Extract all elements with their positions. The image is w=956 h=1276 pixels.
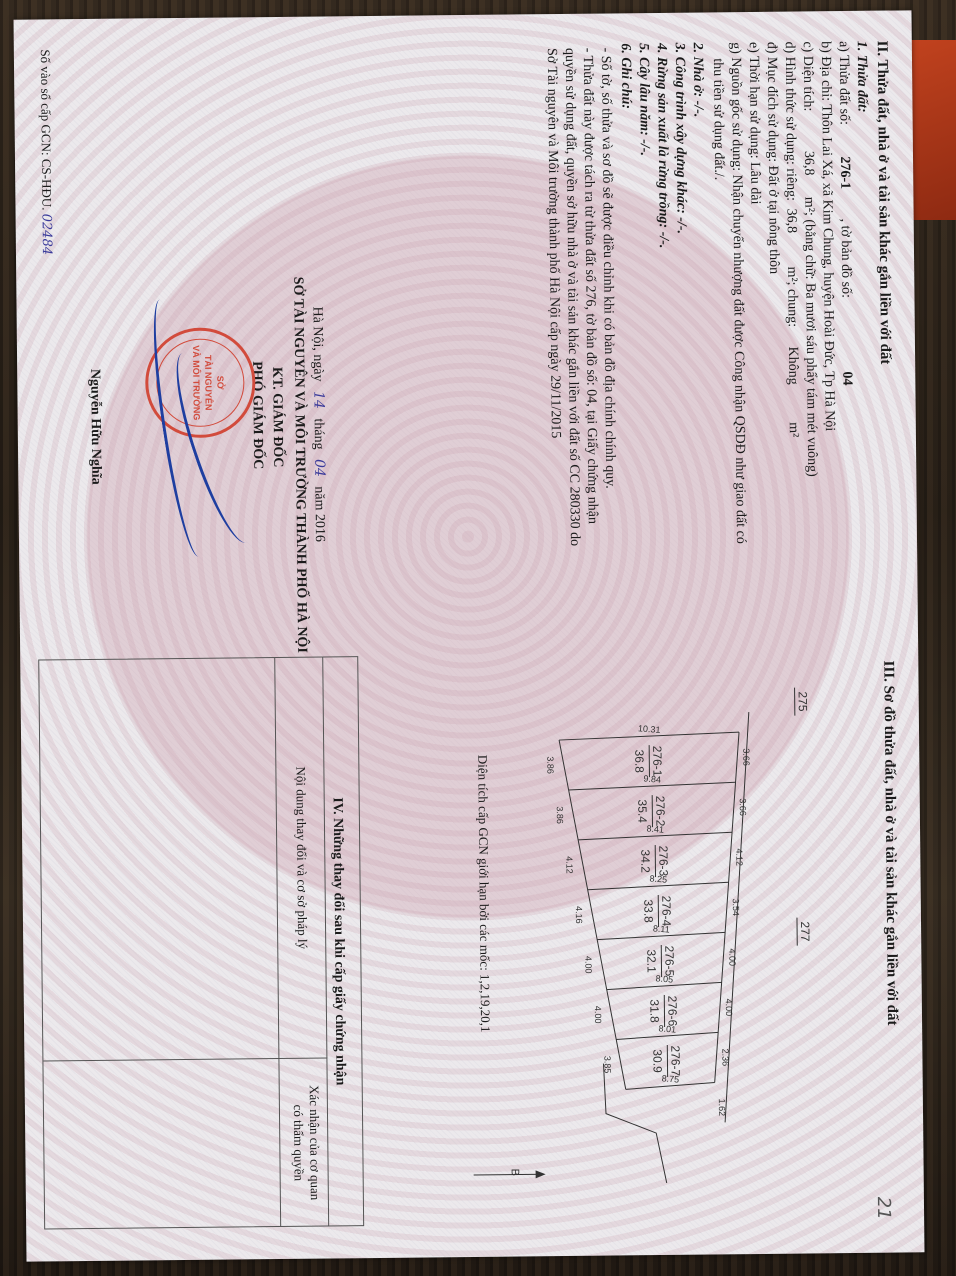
svg-text:9.84: 9.84 [643,773,661,784]
svg-text:4.12: 4.12 [564,856,574,874]
col-authority-line2: có thẩm quyền [289,1058,307,1228]
parcel-number-label: a) Thửa đất số: [836,41,852,125]
svg-text:1.62: 1.62 [717,1099,727,1117]
col-authority-confirmation: Xác nhận của cơ quan có thẩm quyền [289,1058,323,1228]
svg-text:8.01: 8.01 [658,1023,676,1034]
planted-forest-heading: 4. Rừng sản xuất là rừng trồng: -/-. [652,43,672,249]
svg-text:30.9: 30.9 [650,1049,664,1073]
issue-year: năm 2016 [311,486,327,542]
svg-text:3.86: 3.86 [555,806,565,824]
svg-text:4.00: 4.00 [727,948,737,966]
house-heading: 2. Nhà ở: -/-. [688,42,707,117]
certificate-page-2: II. Thửa đất, nhà ở và tài sản khác gắn … [14,10,918,639]
month-label: tháng [311,418,326,449]
svg-text:33.8: 33.8 [641,899,655,923]
svg-text:3.66: 3.66 [741,748,751,766]
col-authority-line1: Xác nhận của cơ quan [305,1058,323,1228]
section-3-title: III. Sơ đồ thửa đất, nhà ở và tài sản kh… [879,661,900,1026]
handwritten-page-number: 21 [873,1197,894,1220]
svg-text:276-7: 276-7 [668,1045,682,1076]
issue-date: Hà Nội, ngày 14 tháng 04 năm 2016 [308,306,329,542]
issue-day: 14 [310,391,326,409]
signatory-name: Nguyễn Hữu Nghĩa [85,369,104,485]
usage-shared-value: Không [785,347,800,385]
parcel-diagram: 276-136.8276-235.4276-334.2276-433.8276-… [438,651,864,1215]
area-value: 36,8 [801,151,816,176]
svg-text:4.00: 4.00 [583,956,593,974]
svg-text:4.00: 4.00 [593,1006,603,1024]
svg-text:276-1: 276-1 [650,746,664,777]
usage-private-label: d) Hình thức sử dụng: riêng: [782,42,799,202]
svg-text:B: B [509,1168,521,1175]
parcel-number-row: a) Thửa đất số: 276-1 , tờ bản đồ số: 04 [834,41,856,386]
svg-text:4.00: 4.00 [724,998,734,1016]
svg-text:31.8: 31.8 [647,999,661,1023]
section-2-1-heading: 1. Thửa đất: [852,41,871,113]
svg-text:3.66: 3.66 [738,798,748,816]
usage-purpose-row: đ) Mục đích sử dụng: Đất ở tại nông thôn [762,42,782,275]
svg-text:277: 277 [798,921,812,941]
map-sheet-value: 04 [839,371,854,385]
notes-heading: 6. Ghi chú: [616,43,635,109]
svg-text:4.12: 4.12 [734,848,744,866]
section-4-title: IV. Những thay đổi sau khi cấp giấy chứn… [327,657,349,1225]
svg-text:3.54: 3.54 [731,898,741,916]
register-label: Số vào sổ cấp GCN: CS-HĐU. [38,49,55,210]
other-construction-heading: 3. Công trình xây dựng khác: -/-. [670,43,690,234]
svg-text:8.75: 8.75 [661,1073,679,1084]
usage-unit: m² [786,422,801,437]
land-use-certificate: II. Thửa đất, nhà ở và tài sản khác gắn … [14,10,925,1261]
map-sheet-label: , tờ bản đồ số: [838,219,854,299]
certificate-page-3: III. Sơ đồ thửa đất, nhà ở và tài sản kh… [20,630,924,1261]
svg-text:3.85: 3.85 [602,1056,612,1074]
svg-text:276-6: 276-6 [665,995,679,1026]
svg-text:4.16: 4.16 [574,906,584,924]
svg-text:276-5: 276-5 [662,945,676,976]
date-prefix: Hà Nội, ngày [310,306,326,381]
diagram-area-note: Diện tích cấp GCN giới hạn bởi các mốc: … [473,755,494,1033]
usage-shared-label: m²; chung: [784,266,800,327]
table-header-divider [274,658,281,1226]
usage-private-value: 36,8 [784,208,799,233]
svg-text:8.41: 8.41 [646,823,664,834]
usage-origin-continued: thu tiền sử dụng đất./. [708,58,727,180]
area-in-words: m²; (bằng chữ: Ba mươi sáu phẩy tám mét … [801,197,819,477]
svg-text:8.05: 8.05 [655,973,673,984]
register-number: Số vào sổ cấp GCN: CS-HĐU. 02484 [35,49,56,255]
perennial-trees-heading: 5. Cây lâu năm: -/-. [634,43,653,156]
svg-text:275: 275 [796,691,810,711]
certificate-upright-frame: II. Thửa đất, nhà ở và tài sản khác gắn … [14,10,925,1261]
svg-text:10.31: 10.31 [638,723,661,735]
area-label: c) Diện tích: [800,41,816,111]
svg-text:276-4: 276-4 [659,896,673,927]
issue-month: 04 [311,459,327,477]
svg-text:35.4: 35.4 [635,799,649,823]
changes-table: IV. Những thay đổi sau khi cấp giấy chứn… [38,656,364,1229]
signatory-kt: KT. GIÁM ĐỐC [267,367,286,468]
svg-text:276-2: 276-2 [653,796,667,827]
parcel-number-value: 276-1 [837,156,852,189]
svg-text:2.36: 2.36 [720,1049,730,1067]
svg-text:32.1: 32.1 [644,949,658,973]
usage-term-row: e) Thời hạn sử dụng: Lâu dài [744,42,764,205]
svg-text:8.11: 8.11 [653,923,671,934]
svg-text:8.25: 8.25 [649,873,667,884]
section-2-title: II. Thửa đất, nhà ở và tài sản khác gắn … [873,41,893,365]
col-change-content: Nội dung thay đổi và cơ sở pháp lý [291,658,311,1058]
svg-text:34.2: 34.2 [638,849,652,873]
svg-text:276-3: 276-3 [656,846,670,877]
table-column-divider [43,1058,327,1062]
register-value: 02484 [39,214,54,256]
svg-text:3.86: 3.86 [545,756,555,774]
svg-text:36.8: 36.8 [632,749,646,773]
